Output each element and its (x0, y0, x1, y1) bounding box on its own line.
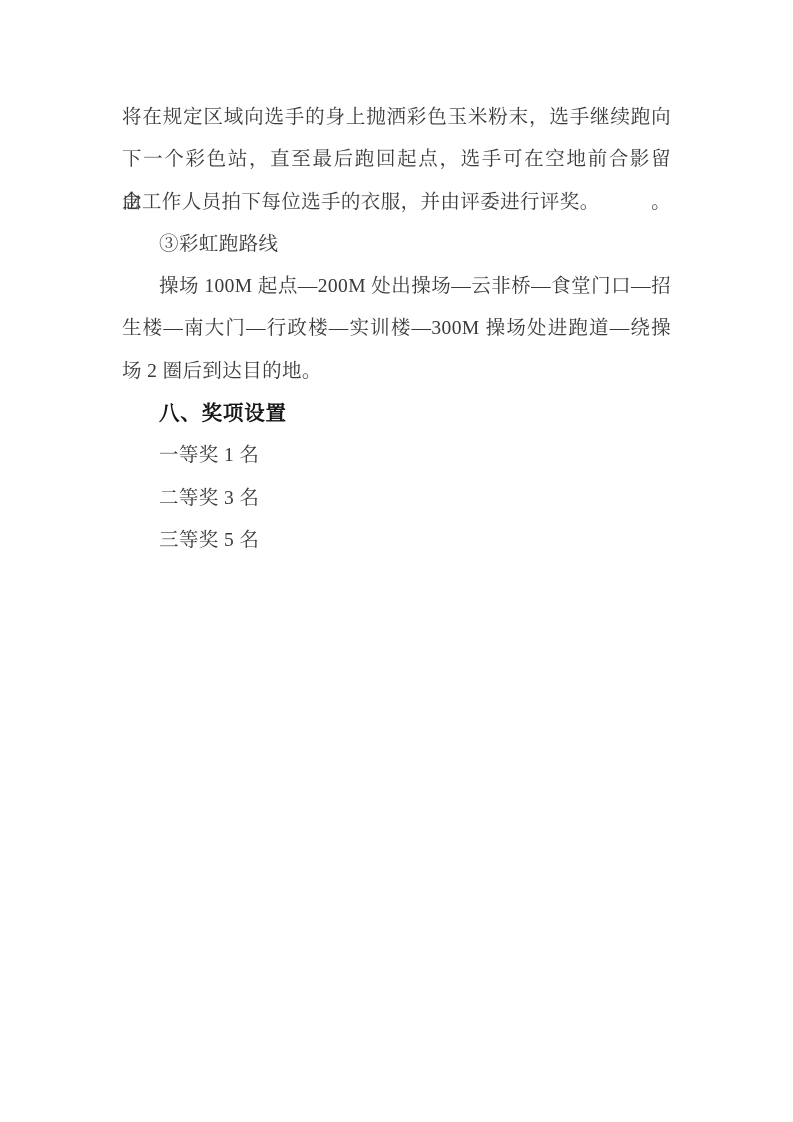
text-line: 将在规定区域向选手的身上抛洒彩色玉米粉末，选手继续跑向 (122, 97, 671, 139)
text-line: 生楼—南大门—行政楼—实训楼—300M 操场处进跑道—绕操 (122, 308, 671, 350)
text-line: 操场 100M 起点—200M 处出操场—云非桥—食堂门口—招 (122, 266, 671, 308)
text-line: 一等奖 1 名 (122, 435, 671, 477)
text-line: 下一个彩色站，直至最后跑回起点，选手可在空地前合影留念。 (122, 139, 671, 181)
text-line: 场 2 圈后到达目的地。 (122, 351, 671, 393)
section-heading: 八、奖项设置 (122, 393, 671, 435)
text-line: 二等奖 3 名 (122, 478, 671, 520)
document-page: 将在规定区域向选手的身上抛洒彩色玉米粉末，选手继续跑向下一个彩色站，直至最后跑回… (0, 0, 793, 1122)
text-line: 由工作人员拍下每位选手的衣服，并由评委进行评奖。 (122, 182, 671, 224)
text-line: 三等奖 5 名 (122, 520, 671, 562)
text-line: ③彩虹跑路线 (122, 224, 671, 266)
document-content: 将在规定区域向选手的身上抛洒彩色玉米粉末，选手继续跑向下一个彩色站，直至最后跑回… (0, 0, 793, 562)
